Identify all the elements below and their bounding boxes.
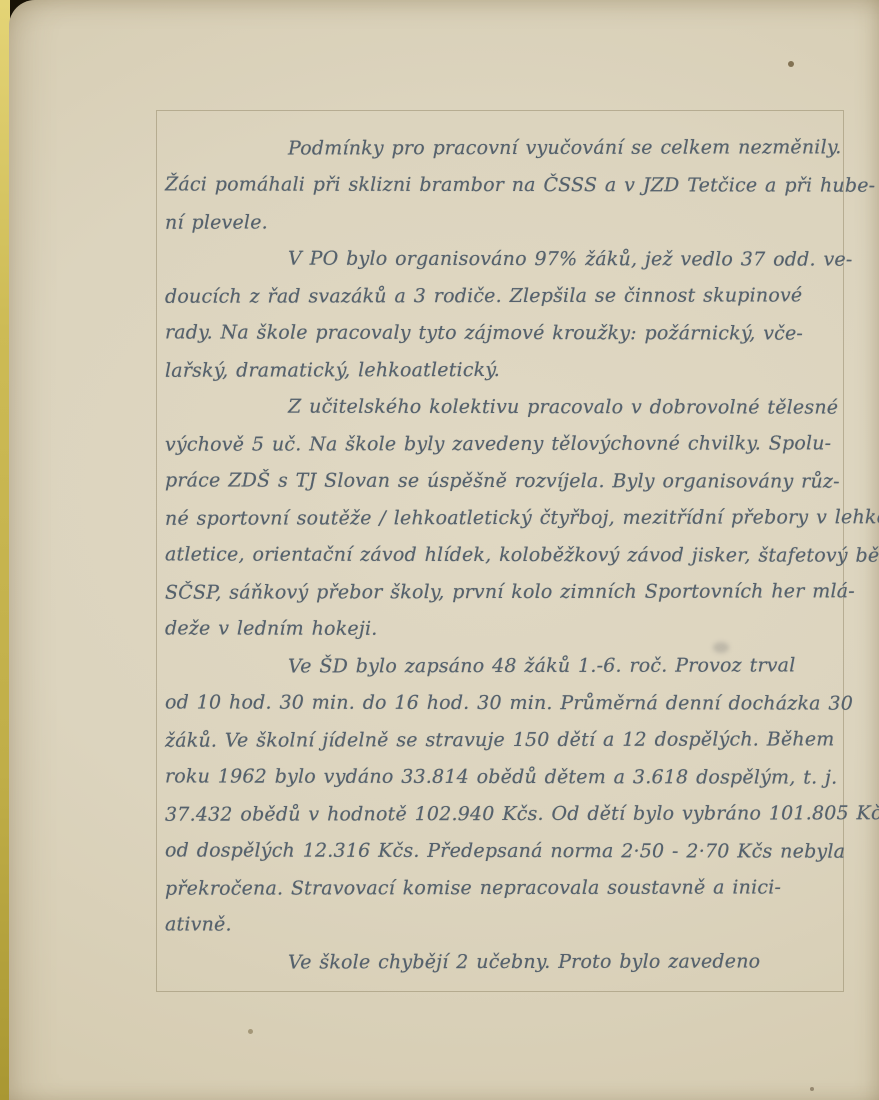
text-line: práce ZDŠ s TJ Slovan se úspěšně rozvíje…: [165, 462, 839, 500]
paper-speck: [788, 61, 794, 67]
text-line: 37.432 obědů v hodnotě 102.940 Kčs. Od d…: [165, 795, 839, 833]
text-line: Žáci pomáhali při sklizni brambor na ČSS…: [165, 166, 839, 204]
text-line: od 10 hod. 30 min. do 16 hod. 30 min. Pr…: [165, 684, 839, 722]
text-frame: Podmínky pro pracovní vyučování se celke…: [156, 110, 844, 992]
paper-speck: [248, 1029, 253, 1034]
text-line: překročena. Stravovací komise nepracoval…: [165, 869, 839, 907]
text-line: roku 1962 bylo vydáno 33.814 obědů dětem…: [165, 758, 839, 796]
text-line: SČSP, sáňkový přebor školy, první kolo z…: [165, 573, 839, 611]
text-line: ativně.: [165, 906, 839, 944]
text-line: Ve ŠD bylo zapsáno 48 žáků 1.-6. roč. Pr…: [165, 647, 839, 685]
text-line: deže v ledním hokeji.: [165, 610, 839, 648]
paper-speck: [810, 1087, 814, 1091]
text-line: lařský, dramatický, lehkoatletický.: [165, 351, 839, 389]
text-line: ní plevele.: [165, 203, 839, 241]
text-line: rady. Na škole pracovaly tyto zájmové kr…: [165, 314, 839, 352]
scanned-page: Podmínky pro pracovní vyučování se celke…: [0, 0, 879, 1100]
text-line: Z učitelského kolektivu pracovalo v dobr…: [165, 388, 839, 426]
text-line: Podmínky pro pracovní vyučování se celke…: [165, 129, 839, 167]
text-line: žáků. Ve školní jídelně se stravuje 150 …: [165, 721, 839, 759]
ink-smudge: [713, 642, 729, 653]
handwritten-text: Podmínky pro pracovní vyučování se celke…: [157, 111, 843, 981]
text-line: doucích z řad svazáků a 3 rodiče. Zlepši…: [165, 277, 839, 315]
text-line: atletice, orientační závod hlídek, kolob…: [165, 536, 839, 574]
text-line: Ve škole chybějí 2 učebny. Proto bylo za…: [165, 943, 839, 981]
text-line: V PO bylo organisováno 97% žáků, jež ved…: [165, 240, 839, 278]
text-line: výchově 5 uč. Na škole byly zavedeny těl…: [165, 425, 839, 463]
text-line: od dospělých 12.316 Kčs. Předepsaná norm…: [165, 832, 839, 870]
paper-sheet: Podmínky pro pracovní vyučování se celke…: [9, 0, 879, 1100]
text-line: né sportovní soutěže / lehkoatletický čt…: [165, 499, 839, 537]
